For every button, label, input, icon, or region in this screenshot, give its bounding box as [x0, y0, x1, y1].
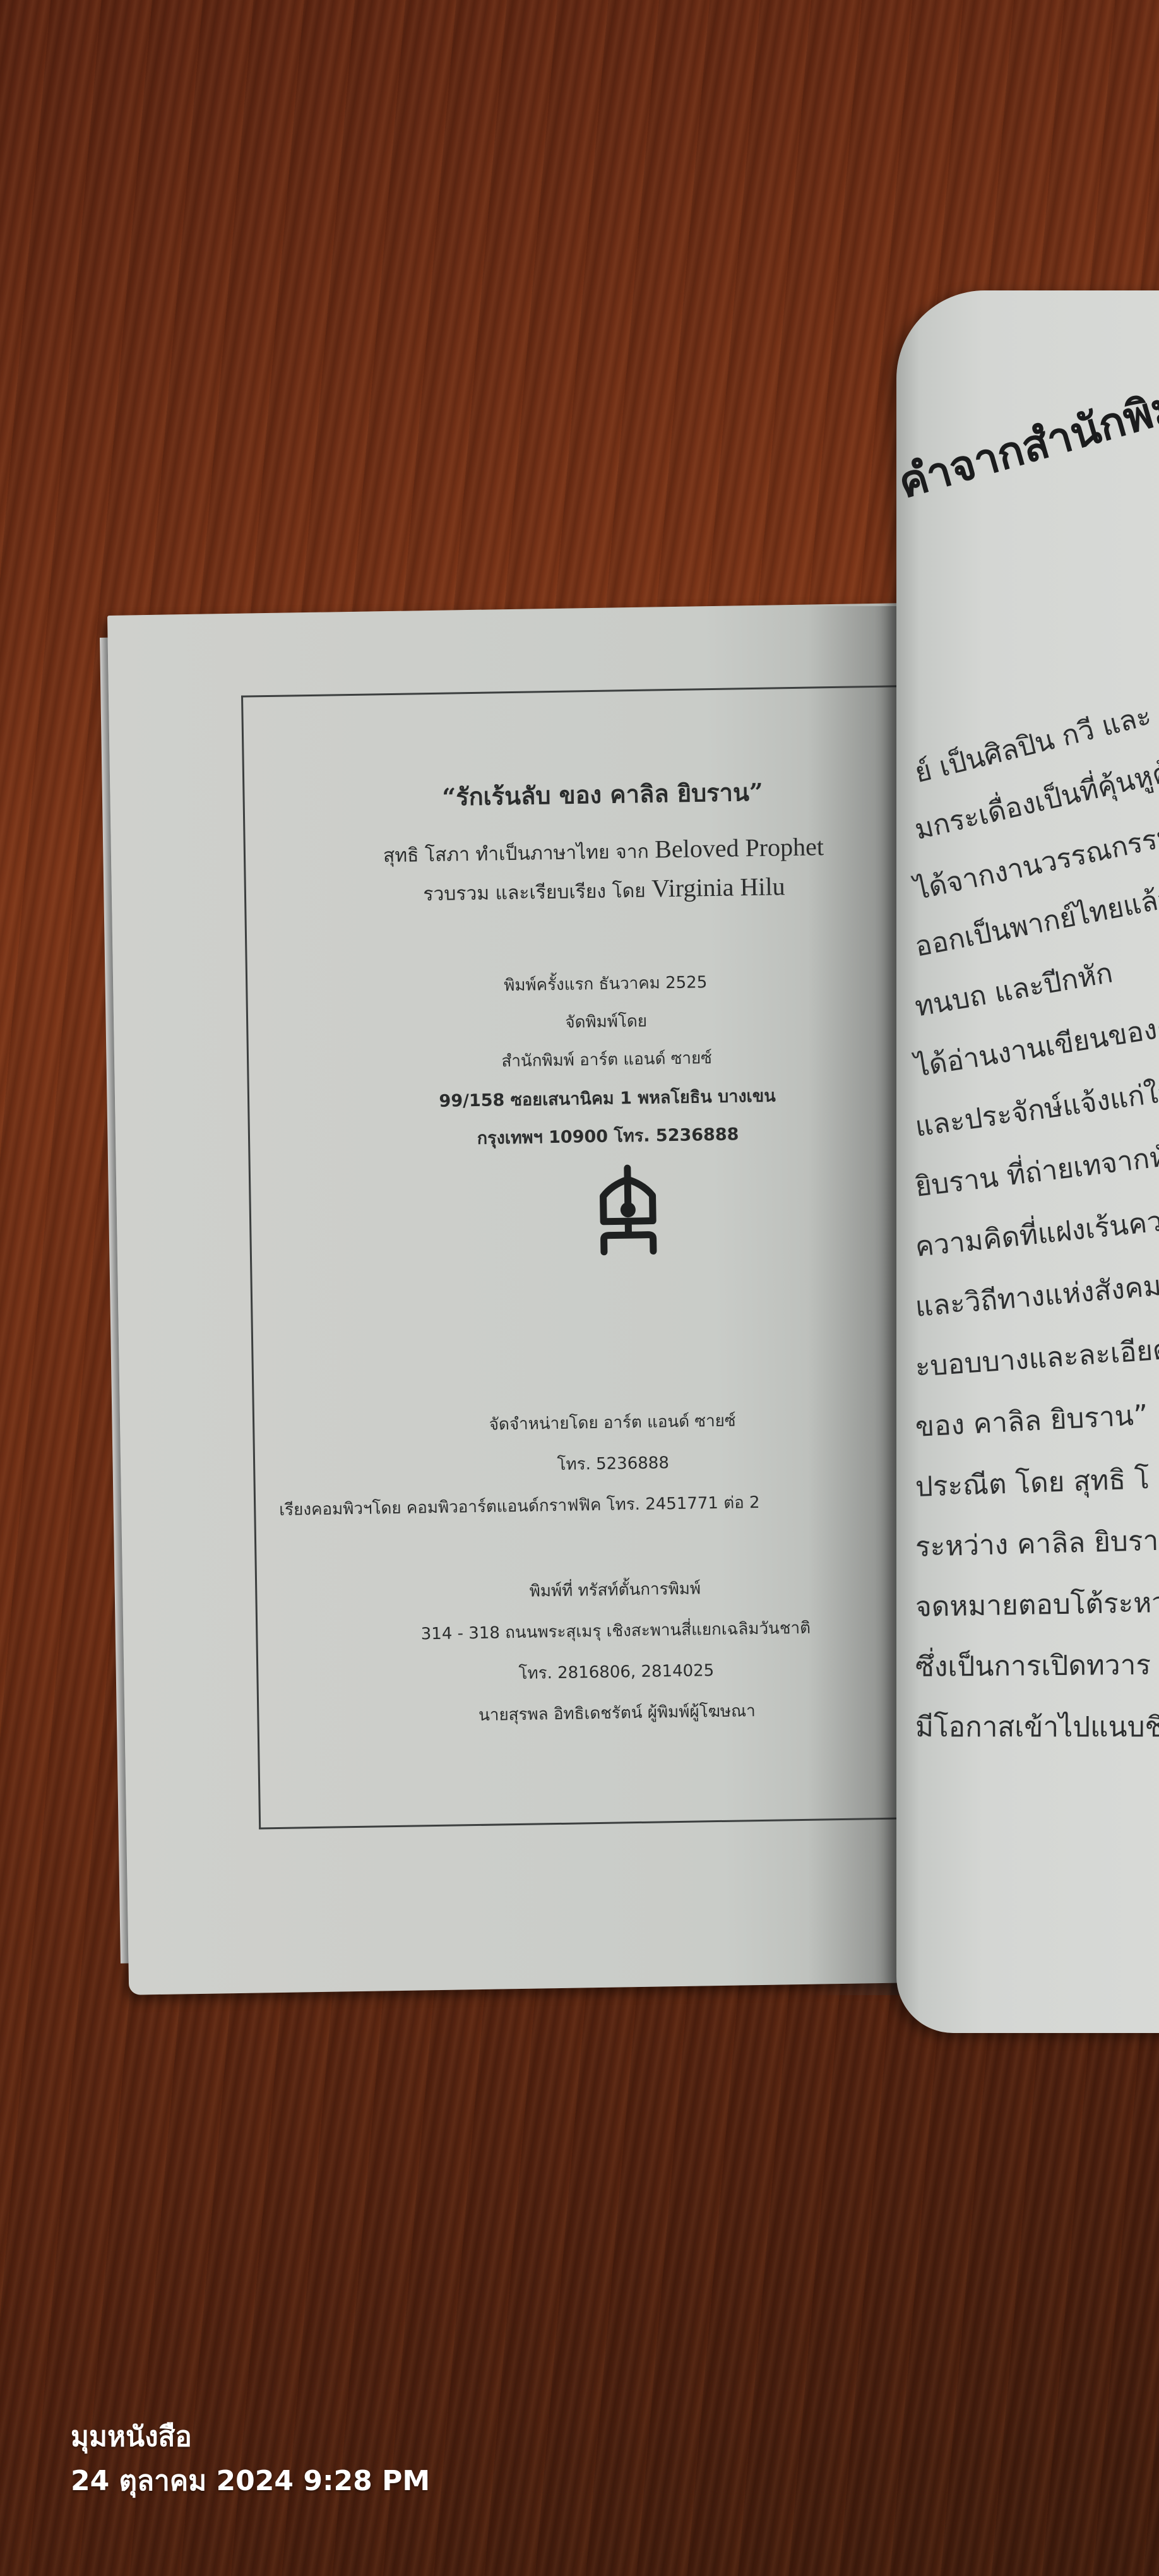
copyright-page: “รักเร้นลับ ของ คาลิล ยิบราน” สุทธิ โสภา… — [107, 602, 981, 1995]
photo-scene: “รักเร้นลับ ของ คาลิล ยิบราน” สุทธิ โสภา… — [0, 0, 1159, 2576]
compiler-text: รวบรวม และเรียบเรียง โดย — [423, 880, 646, 906]
foreword-line: ของ คาลิล ยิบราน” (BE — [914, 1390, 1159, 1449]
foreword-page: คำจากสำนักพิม ย์ เป็นศิลปิน กวี และ มกระ… — [896, 290, 1159, 2033]
photo-watermark: มุมหนังสือ 24 ตุลาคม 2024 9:28 PM — [71, 2415, 430, 2503]
foreword-heading: คำจากสำนักพิม — [896, 329, 1159, 516]
foreword-line: ประณีต โดย สุทธิ โ — [915, 1457, 1150, 1509]
foreword-line: ระหว่าง คาลิล ยิบราน — [915, 1518, 1159, 1569]
watermark-timestamp: 24 ตุลาคม 2024 9:28 PM — [71, 2459, 430, 2503]
foreword-line: และวิถีทางแห่งสังคม — [913, 1263, 1159, 1329]
foreword-line: มีโอกาสเข้าไปแนบชิด — [915, 1705, 1159, 1749]
foreword-line: ะบอบบางและละเอียดละ — [914, 1325, 1159, 1389]
foreword-line: จดหมายตอบโต้ระหว่า — [915, 1580, 1159, 1629]
copyright-content: “รักเร้นลับ ของ คาลิล ยิบราน” สุทธิ โสภา… — [240, 602, 960, 614]
original-title: Beloved Prophet — [655, 832, 824, 863]
compiler-name: Virginia Hilu — [651, 872, 785, 902]
foreword-line: ซึ่งเป็นการเปิดทวาร — [915, 1643, 1151, 1689]
publisher-logo-icon — [593, 1162, 663, 1258]
watermark-label: มุมหนังสือ — [71, 2415, 430, 2459]
translator-text: สุทธิ โสภา ทำเป็นภาษาไทย จาก — [383, 841, 649, 868]
